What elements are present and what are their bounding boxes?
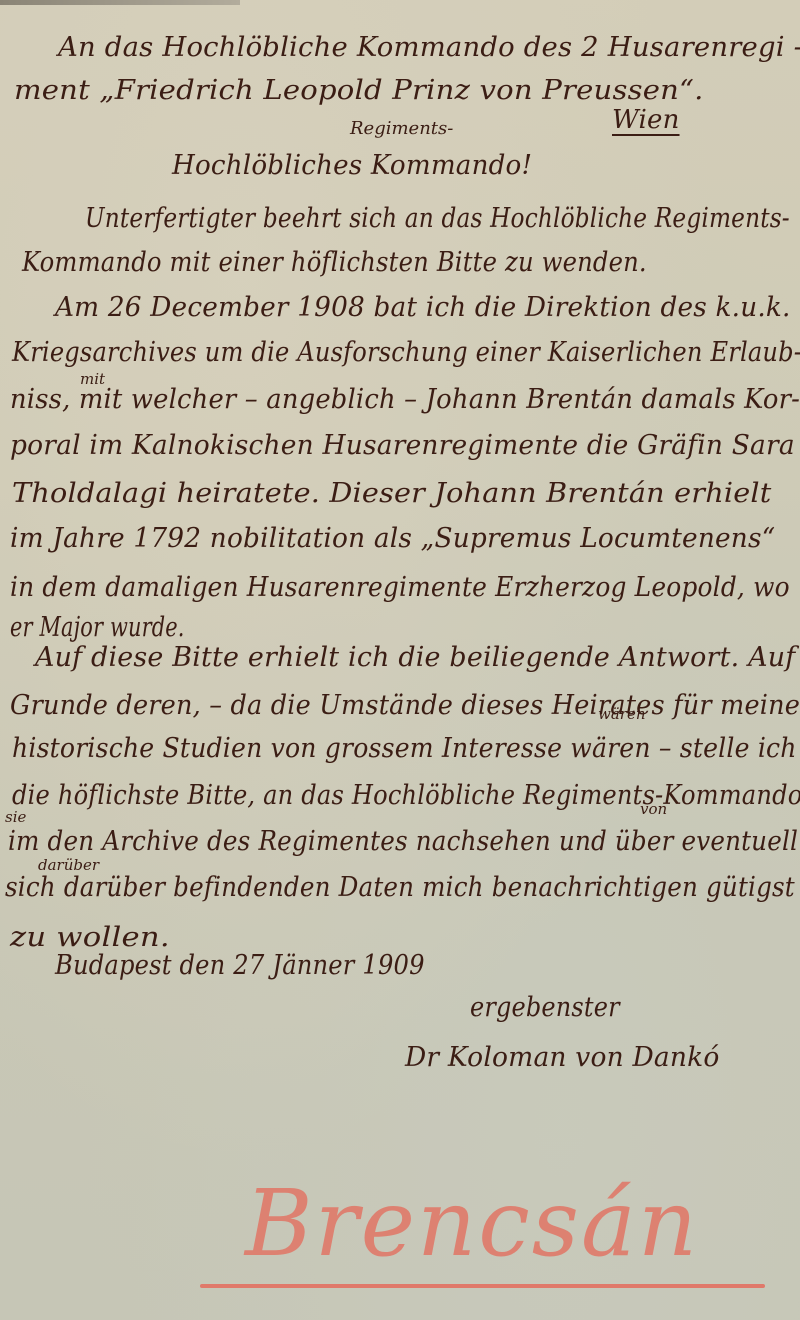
insertion-sie: sie xyxy=(5,808,26,826)
body-line: Tholdalagi heiratete. Dieser Johann Bren… xyxy=(12,478,772,509)
body-line: die höflichste Bitte, an das Hochlöblich… xyxy=(12,780,800,811)
salutation: Hochlöbliches Kommando! xyxy=(172,150,532,181)
signature: Dr Koloman von Dankó xyxy=(405,1042,720,1073)
letter-page: An das Hochlöbliche Kommando des 2 Husar… xyxy=(0,0,800,1320)
red-pencil-name-annotation: Brencsán xyxy=(245,1170,699,1277)
body-line: Am 26 December 1908 bat ich die Direktio… xyxy=(55,292,791,323)
body-line: er Major wurde. xyxy=(10,612,185,643)
date-line: Budapest den 27 Jänner 1909 xyxy=(55,950,425,981)
red-underline xyxy=(200,1284,765,1288)
body-line: Kommando mit einer höflichsten Bitte zu … xyxy=(22,247,647,278)
closing: ergebenster xyxy=(470,992,620,1023)
body-line: poral im Kalnokischen Husarenregimente d… xyxy=(10,430,795,461)
address-line-2: ment „Friedrich Leopold Prinz von Preuss… xyxy=(14,75,704,106)
body-line: Unterfertigter beehrt sich an das Hochlö… xyxy=(85,203,790,234)
insertion-waren: wären xyxy=(598,705,646,723)
page-top-edge xyxy=(0,0,240,5)
body-line: Auf diese Bitte erhielt ich die beiliege… xyxy=(35,642,795,673)
body-line: historische Studien von grossem Interess… xyxy=(12,733,797,764)
body-line: im den Archive des Regimentes nachsehen … xyxy=(8,826,798,857)
body-line: Grunde deren, – da die Umstände dieses H… xyxy=(10,690,800,721)
place-inscription: Wien xyxy=(612,105,680,135)
insertion-von: von xyxy=(640,800,667,818)
address-line-1: An das Hochlöbliche Kommando des 2 Husar… xyxy=(58,32,800,63)
salutation-insert: Regiments- xyxy=(350,118,453,139)
body-line: im Jahre 1792 nobilitation als „Supremus… xyxy=(10,523,775,554)
body-line: in dem damaligen Husarenregimente Erzher… xyxy=(10,572,790,603)
body-line: niss, mit welcher – angeblich – Johann B… xyxy=(10,384,800,415)
body-line: sich darüber befindenden Daten mich bena… xyxy=(5,872,795,903)
body-line: Kriegsarchives um die Ausforschung einer… xyxy=(12,337,800,368)
body-line: zu wollen. xyxy=(10,922,170,953)
